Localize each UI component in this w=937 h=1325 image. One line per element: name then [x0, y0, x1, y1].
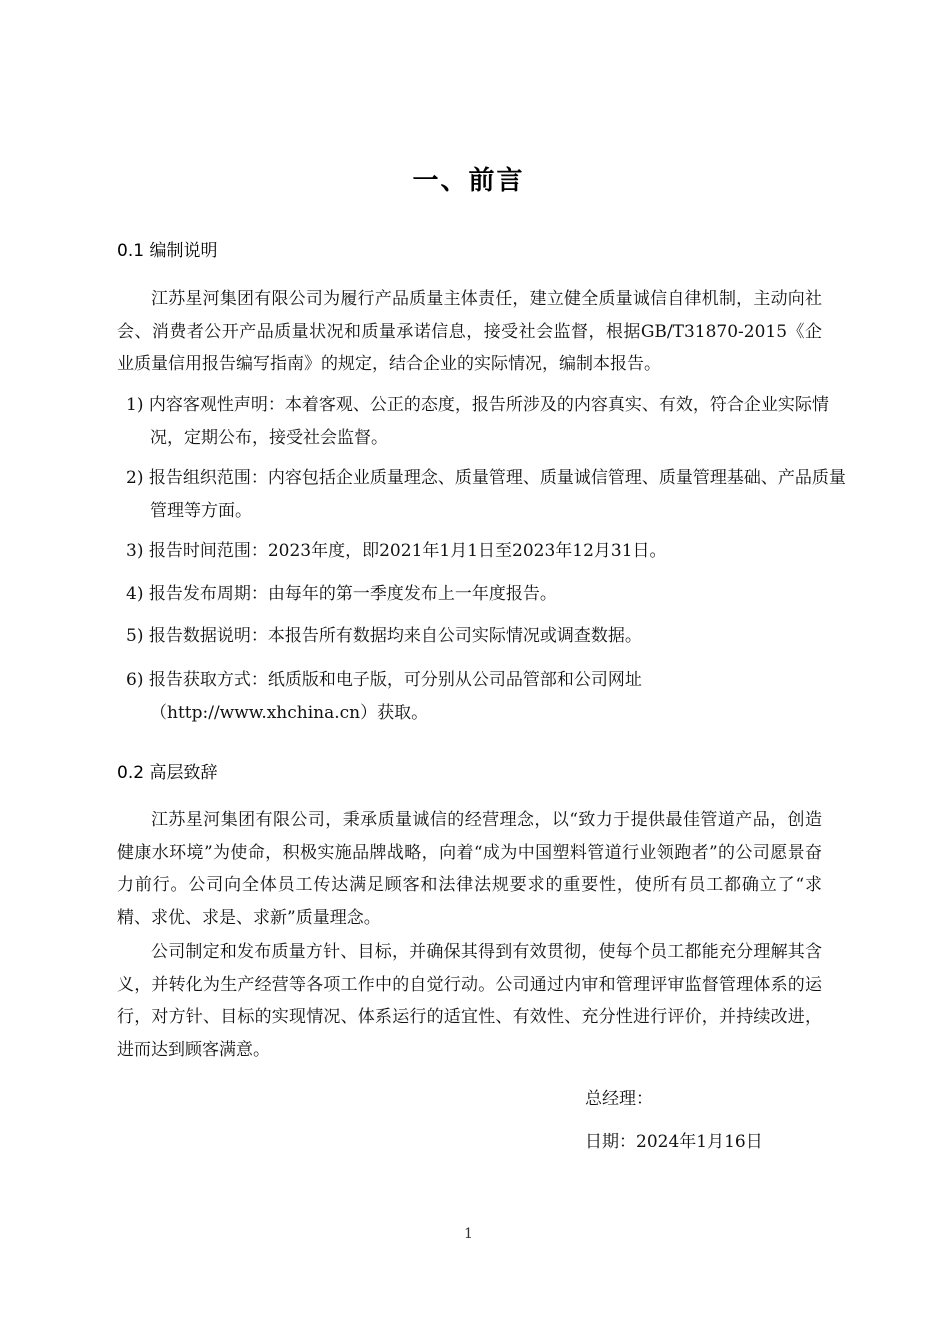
- executive-address-paragraph-1: 江苏星河集团有限公司，秉承质量诚信的经营理念，以“致力于提供最佳管道产品，创造健…: [117, 804, 822, 934]
- executive-address-paragraph-2: 公司制定和发布质量方针、目标，并确保其得到有效贯彻，使每个员工都能充分理解其含义…: [117, 936, 822, 1066]
- section-heading-compilation: 0.1 编制说明: [117, 236, 217, 261]
- list-item-objectivity: 1) 内容客观性声明：本着客观、公正的态度，报告所涉及的内容真实、有效，符合企业…: [126, 389, 846, 454]
- document-page: 一、前言 0.1 编制说明 江苏星河集团有限公司为履行产品质量主体责任，建立健全…: [0, 0, 937, 1325]
- list-item-access-method: 6) 报告获取方式：纸质版和电子版，可分别从公司品管部和公司网址（http://…: [126, 664, 846, 729]
- list-item-release-cycle: 4) 报告发布周期：由每年的第一季度发布上一年度报告。: [126, 578, 846, 611]
- signature-date: 日期：2024年1月16日: [585, 1127, 763, 1152]
- list-item-data-note: 5) 报告数据说明：本报告所有数据均来自公司实际情况或调查数据。: [126, 620, 846, 653]
- section-heading-executive-address: 0.2 高层致辞: [117, 758, 217, 783]
- list-item-time-range: 3) 报告时间范围：2023年度，即2021年1月1日至2023年12月31日。: [126, 535, 846, 568]
- compilation-intro-paragraph: 江苏星河集团有限公司为履行产品质量主体责任，建立健全质量诚信自律机制，主动向社会…: [117, 283, 822, 381]
- signature-role: 总经理：: [585, 1084, 653, 1109]
- list-item-scope: 2) 报告组织范围：内容包括企业质量理念、质量管理、质量诚信管理、质量管理基础、…: [126, 462, 846, 527]
- page-number: 1: [0, 1226, 937, 1242]
- page-title: 一、前言: [0, 160, 937, 197]
